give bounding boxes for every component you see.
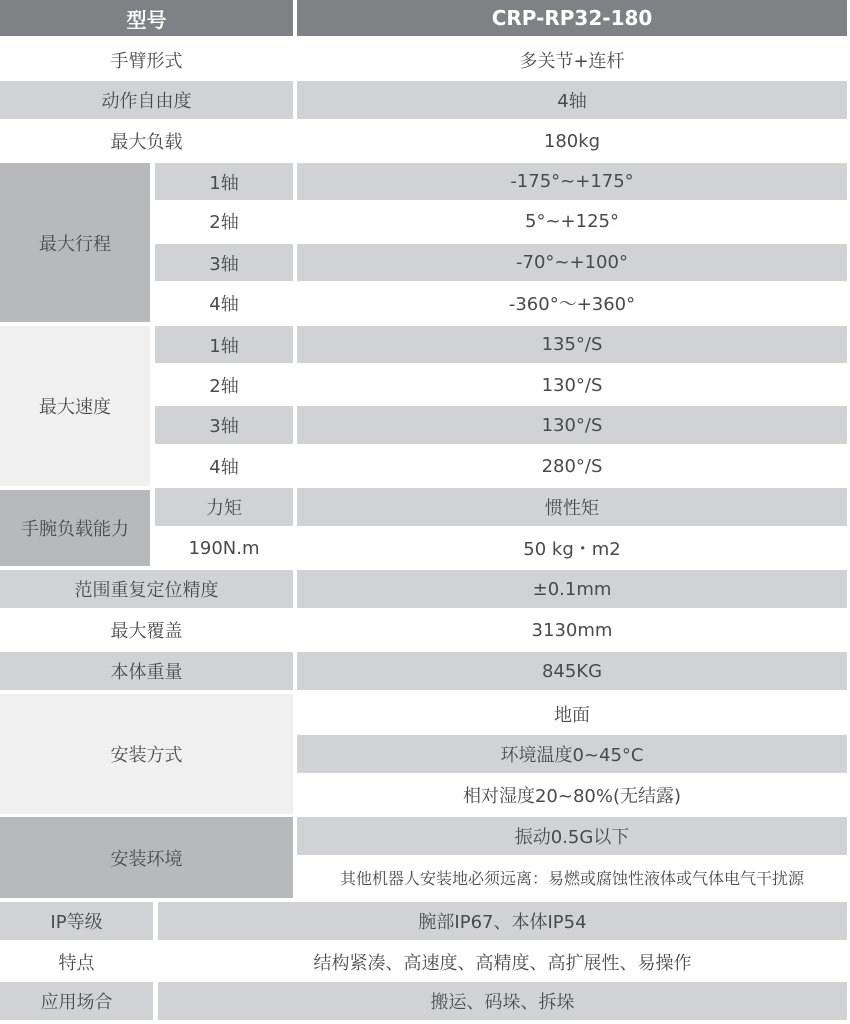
wrist-load-label: 手腕负载能力 bbox=[0, 490, 150, 566]
range-value-2: 5°~+125° bbox=[297, 201, 847, 241]
speed-value-3: 130°/S bbox=[297, 406, 847, 444]
applications-value: 搬运、码垛、拆垛 bbox=[158, 982, 847, 1020]
repeatability-value: ±0.1mm bbox=[297, 570, 847, 608]
max-reach-value: 3130mm bbox=[297, 610, 847, 650]
arm-type-label: 手臂形式 bbox=[0, 40, 293, 80]
repeatability-label: 范围重复定位精度 bbox=[0, 570, 293, 608]
speed-axis-3: 3轴 bbox=[155, 406, 293, 444]
speed-value-2: 130°/S bbox=[297, 365, 847, 405]
speed-value-4: 280°/S bbox=[297, 446, 847, 486]
inertia-label: 惯性矩 bbox=[297, 488, 847, 526]
inertia-value: 50 kg・m2 bbox=[297, 528, 847, 568]
features-label: 特点 bbox=[0, 942, 153, 982]
max-reach-label: 最大覆盖 bbox=[0, 610, 293, 650]
speed-axis-4: 4轴 bbox=[155, 446, 293, 486]
features-value: 结构紧凑、高速度、高精度、高扩展性、易操作 bbox=[158, 942, 847, 982]
dof-label: 动作自由度 bbox=[0, 81, 293, 119]
range-value-3: -70°~+100° bbox=[297, 244, 847, 281]
range-axis-2: 2轴 bbox=[155, 201, 293, 241]
speed-axis-1: 1轴 bbox=[155, 326, 293, 363]
environment-label: 安装环境 bbox=[0, 817, 293, 898]
range-axis-1: 1轴 bbox=[155, 163, 293, 200]
weight-value: 845KG bbox=[297, 652, 847, 690]
speed-value-1: 135°/S bbox=[297, 326, 847, 363]
mounting-value-1: 地面 bbox=[297, 694, 847, 734]
mounting-label: 安装方式 bbox=[0, 694, 293, 814]
max-payload-label: 最大负载 bbox=[0, 121, 293, 161]
weight-label: 本体重量 bbox=[0, 652, 293, 690]
applications-label: 应用场合 bbox=[0, 982, 153, 1020]
torque-label: 力矩 bbox=[155, 488, 293, 526]
header-label: 型号 bbox=[0, 0, 293, 36]
torque-value: 190N.m bbox=[155, 528, 293, 568]
range-value-1: -175°~+175° bbox=[297, 163, 847, 200]
max-range-label: 最大行程 bbox=[0, 163, 150, 322]
range-axis-4: 4轴 bbox=[155, 283, 293, 323]
speed-axis-2: 2轴 bbox=[155, 365, 293, 405]
mounting-value-3: 相对湿度20~80%(无结露) bbox=[297, 775, 847, 815]
range-value-4: -360°～+360° bbox=[297, 283, 847, 323]
mounting-value-2: 环境温度0~45°C bbox=[297, 735, 847, 773]
arm-type-value: 多关节+连杆 bbox=[297, 40, 847, 80]
ip-rating-label: IP等级 bbox=[0, 902, 153, 940]
dof-value: 4轴 bbox=[297, 81, 847, 119]
max-speed-label: 最大速度 bbox=[0, 326, 150, 486]
range-axis-3: 3轴 bbox=[155, 244, 293, 281]
ip-rating-value: 腕部IP67、本体IP54 bbox=[158, 902, 847, 940]
environment-value-1: 振动0.5G以下 bbox=[297, 817, 847, 855]
header-model: CRP-RP32-180 bbox=[297, 0, 847, 36]
environment-value-2: 其他机器人安装地必须远离：易燃或腐蚀性液体或气体电气干扰源 bbox=[297, 857, 847, 897]
max-payload-value: 180kg bbox=[297, 121, 847, 161]
